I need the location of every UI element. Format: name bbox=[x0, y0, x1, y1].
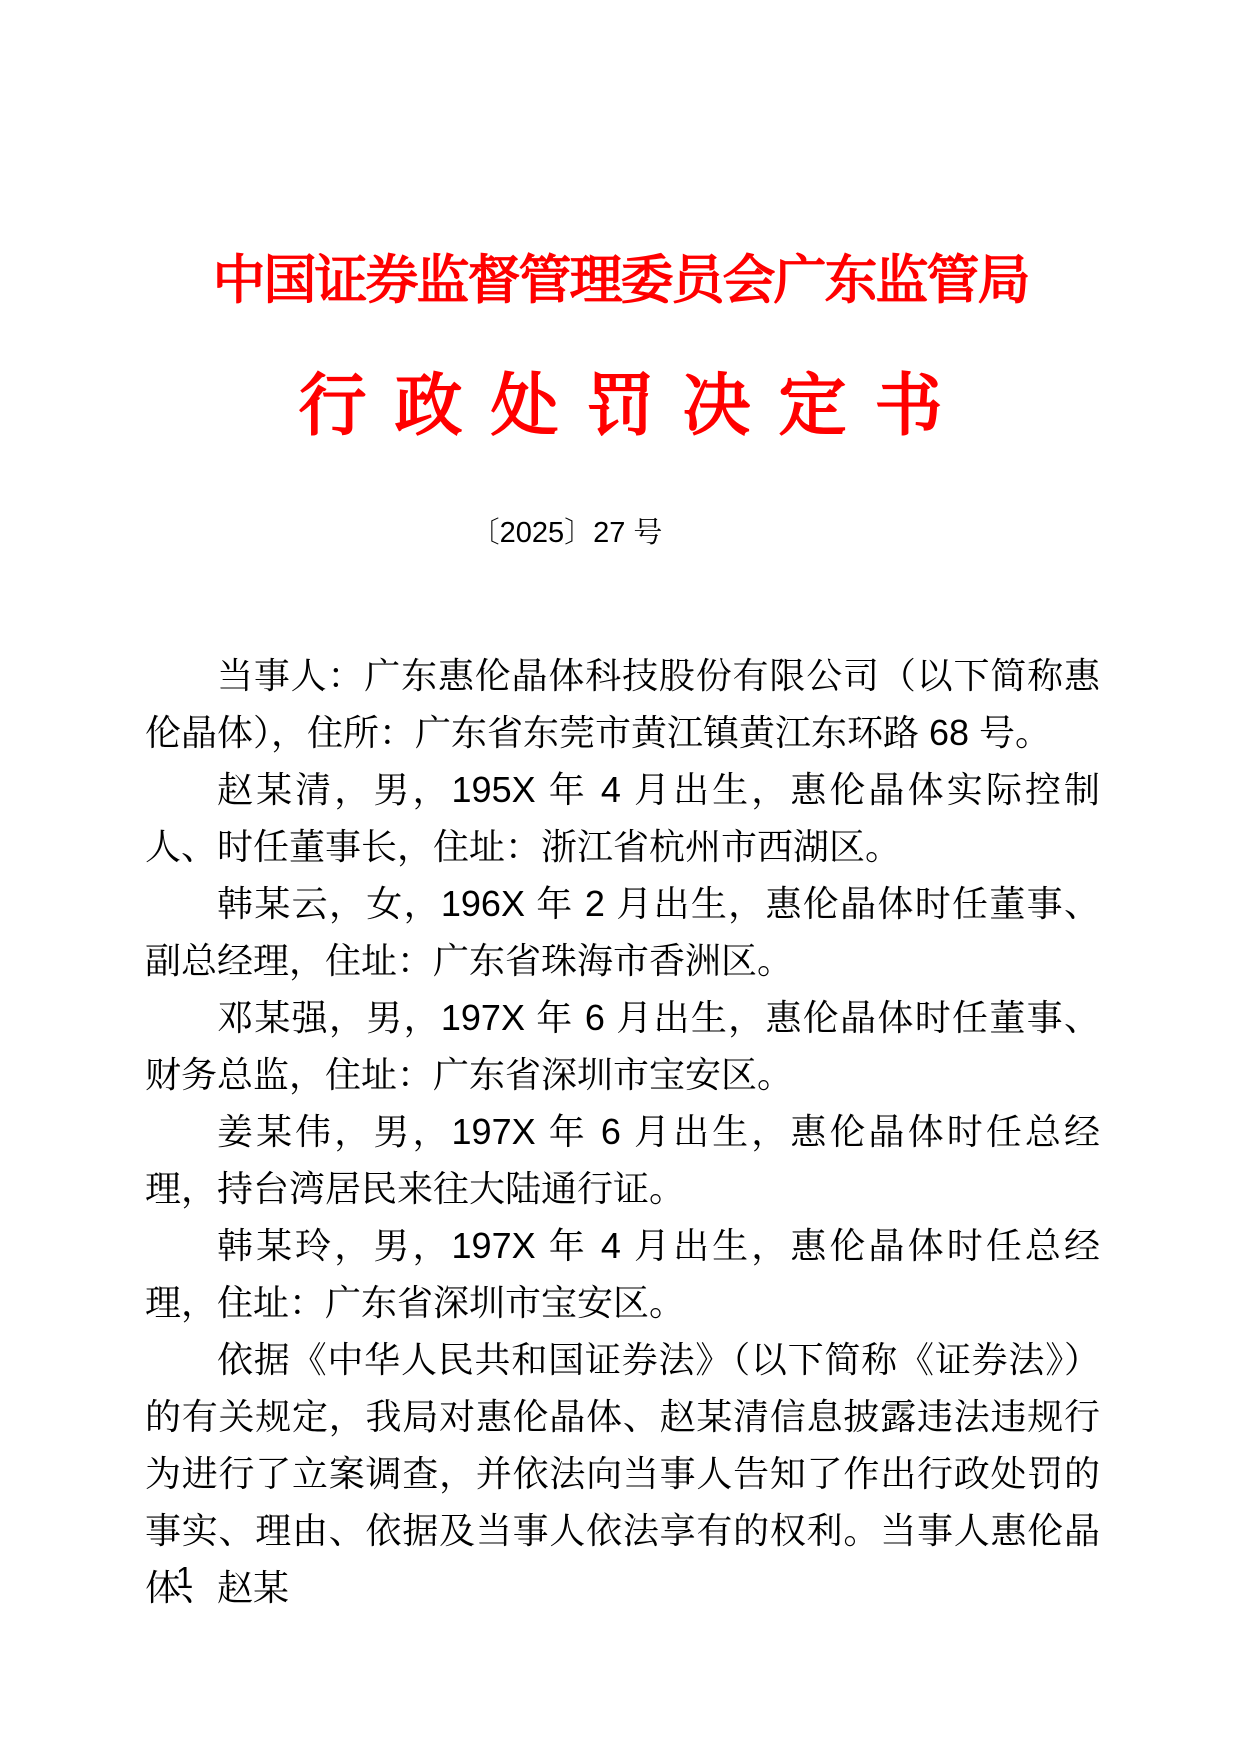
paragraph-person-han-ling: 韩某玲，男，197X 年 4 月出生，惠伦晶体时任总经理，住址：广东省深圳市宝安… bbox=[145, 1217, 1100, 1331]
document-number: 〔2025〕27 号 bbox=[0, 515, 1187, 551]
paragraph-legal-basis: 依据《中华人民共和国证券法》（以下简称《证券法》）的有关规定，我局对惠伦晶体、赵… bbox=[145, 1331, 1100, 1616]
paragraph-person-zhao: 赵某清，男，195X 年 4 月出生，惠伦晶体实际控制人、时任董事长，住址：浙江… bbox=[145, 761, 1100, 875]
paragraph-person-han-yun: 韩某云，女，196X 年 2 月出生，惠伦晶体时任董事、副总经理，住址：广东省珠… bbox=[145, 875, 1100, 989]
paragraph-person-deng: 邓某强，男，197X 年 6 月出生，惠伦晶体时任董事、财务总监，住址：广东省深… bbox=[145, 989, 1100, 1103]
document-page: 中国证券监督管理委员会广东监管局 行政处罚决定书 〔2025〕27 号 当事人：… bbox=[0, 0, 1241, 1754]
paragraph-parties-company: 当事人：广东惠伦晶体科技股份有限公司（以下简称惠伦晶体），住所：广东省东莞市黄江… bbox=[145, 647, 1100, 761]
paragraph-person-jiang: 姜某伟，男，197X 年 6 月出生，惠伦晶体时任总经理，持台湾居民来往大陆通行… bbox=[145, 1103, 1100, 1217]
page-number: 1 bbox=[176, 1558, 193, 1598]
document-title: 行政处罚决定书 bbox=[0, 364, 1241, 449]
agency-title: 中国证券监督管理委员会广东监管局 bbox=[0, 0, 1241, 314]
document-body: 当事人：广东惠伦晶体科技股份有限公司（以下简称惠伦晶体），住所：广东省东莞市黄江… bbox=[145, 647, 1100, 1616]
